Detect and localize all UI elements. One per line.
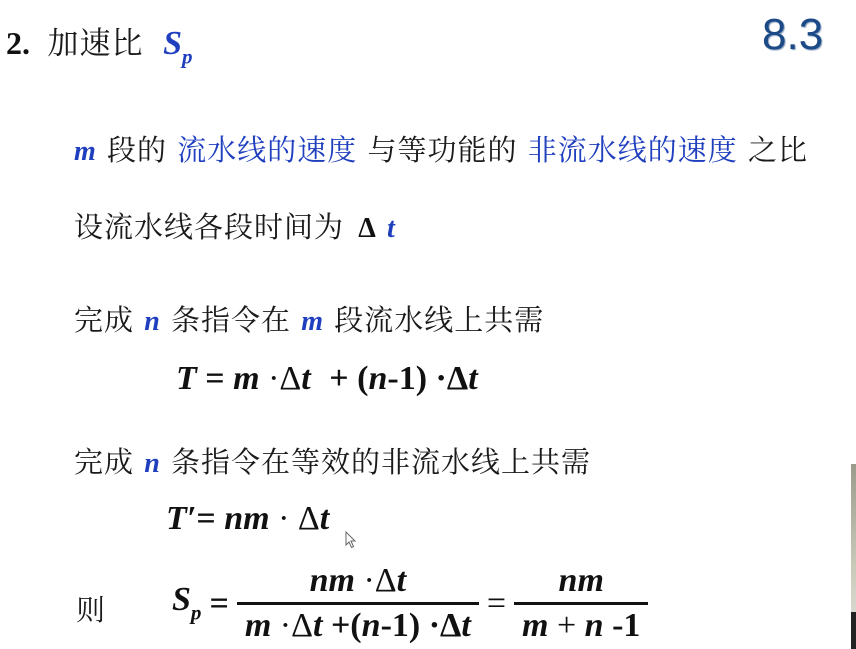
def-nonpipeline-speed: 非流水线的速度 <box>528 133 738 167</box>
def-pipeline-speed: 流水线的速度 <box>177 133 357 167</box>
den-plus: + <box>557 607 576 644</box>
lhs-main: S <box>172 581 191 618</box>
den-rest: -1 <box>612 607 640 644</box>
assume-t: t <box>387 213 396 244</box>
fraction-1-numerator: nm ·Δt <box>302 562 415 602</box>
formula-t: t <box>301 360 310 397</box>
def-text-1: 段的 <box>107 133 167 167</box>
var-m: m <box>301 306 324 337</box>
formula-delta: · Δ <box>278 500 320 537</box>
definition-line: m 段的 流水线的速度 与等功能的 非流水线的速度 之比 <box>74 128 808 169</box>
den-m: m <box>245 607 271 644</box>
var-m: m <box>74 136 97 167</box>
formula-T: T <box>176 360 197 397</box>
formula-eq: = <box>205 360 224 397</box>
symbol-sub: p <box>182 44 193 68</box>
fraction-2-denominator: m + n -1 <box>514 602 648 645</box>
section-number: 8.3 <box>762 10 823 60</box>
symbol-main: S <box>163 25 182 62</box>
formula-delta: ·Δ <box>268 360 301 397</box>
formula-T-prime: T′ <box>166 500 196 537</box>
fraction-1: nm ·Δt m ·Δt +(n-1) ·Δt <box>237 562 479 645</box>
nonpipeline-line: 完成 n 条指令在等效的非流水线上共需 <box>74 440 591 481</box>
window-edge-strip <box>851 464 856 649</box>
var-n: n <box>144 306 161 337</box>
def-text-3: 与等功能的 <box>367 133 517 167</box>
pipeline-line: 完成 n 条指令在 m 段流水线上共需 <box>74 298 544 339</box>
assume-text: 设流水线各段时间为 <box>74 210 344 244</box>
num-delta: ·Δ <box>363 562 396 599</box>
den-rest: -1) ·Δ <box>381 607 462 644</box>
nonpipeline-text-2: 条指令在等效的非流水线上共需 <box>171 445 591 479</box>
formula-rest: -1) ·Δ <box>387 360 468 397</box>
den-t: t <box>313 607 322 644</box>
pipeline-formula: T = m ·Δt + (n-1) ·Δt <box>176 360 478 398</box>
formula-n: n <box>368 360 387 397</box>
def-text-5: 之比 <box>748 133 808 167</box>
result-formula: Sp = nm ·Δt m ·Δt +(n-1) ·Δt = nm m + n … <box>172 562 648 645</box>
result-eq-2: = <box>487 585 506 623</box>
mouse-cursor-icon <box>345 531 357 549</box>
formula-plus: + ( <box>329 360 368 397</box>
assume-line: 设流水线各段时间为 Δ t <box>74 205 396 246</box>
den-plus: +( <box>331 607 362 644</box>
fraction-2-numerator: nm <box>551 562 612 602</box>
slide-heading: 2. 加速比 Sp <box>6 18 193 69</box>
formula-t: t <box>468 360 477 397</box>
pipeline-text-3: 段流水线上共需 <box>334 303 544 337</box>
formula-eq: = <box>196 500 215 537</box>
pipeline-text-2: 条指令在 <box>171 303 291 337</box>
den-delta: ·Δ <box>280 607 313 644</box>
heading-number: 2. <box>6 25 30 61</box>
den-n: n <box>585 607 604 644</box>
nonpipeline-formula: T′= nm · Δt <box>166 500 329 538</box>
fraction-1-denominator: m ·Δt +(n-1) ·Δt <box>237 602 479 645</box>
result-lhs: Sp <box>172 581 201 625</box>
heading-symbol: Sp <box>163 25 192 62</box>
var-n: n <box>144 448 161 479</box>
num-t: t <box>397 562 406 599</box>
num-nm: nm <box>310 562 355 599</box>
result-label: 则 <box>76 588 106 629</box>
formula-nm: nm <box>224 500 269 537</box>
den-m: m <box>522 607 548 644</box>
nonpipeline-text-1: 完成 <box>74 445 134 479</box>
formula-m: m <box>233 360 259 397</box>
formula-t: t <box>320 500 329 537</box>
result-eq-1: = <box>209 585 228 623</box>
den-n: n <box>362 607 381 644</box>
den-t: t <box>461 607 470 644</box>
assume-delta: Δ <box>358 213 377 244</box>
pipeline-text-1: 完成 <box>74 303 134 337</box>
heading-title: 加速比 <box>48 26 144 62</box>
lhs-sub: p <box>191 601 202 625</box>
fraction-2: nm m + n -1 <box>514 562 648 645</box>
